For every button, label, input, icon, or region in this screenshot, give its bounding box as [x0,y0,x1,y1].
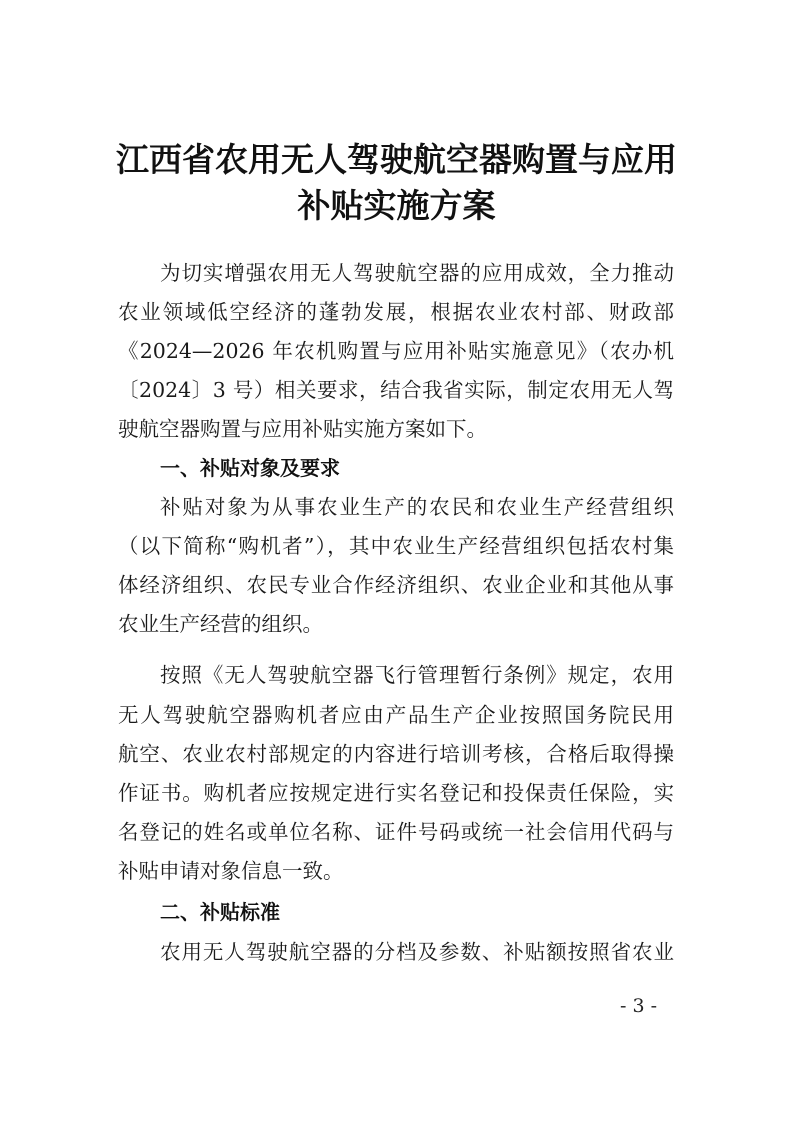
intro-paragraph-line: 驶航空器购置与应用补贴实施方案如下。 [118,414,674,444]
page-number: - 3 - [620,995,657,1017]
section-heading-subsidy-standard: 二、补贴标准 [160,897,280,927]
document-title-line-1: 江西省农用无人驾驶航空器购置与应用 [0,134,793,181]
section1-paragraph-line: 补贴对象为从事农业生产的农民和农业生产经营组织 [160,492,674,522]
section1-paragraph2-line: 按照《无人驾驶航空器飞行管理暂行条例》规定，农用 [160,660,674,690]
document-page: 江西省农用无人驾驶航空器购置与应用 补贴实施方案 为切实增强农用无人驾驶航空器的… [0,0,793,1122]
document-title-line-2: 补贴实施方案 [0,180,793,227]
section1-paragraph2-line: 名登记的姓名或单位名称、证件号码或统一社会信用代码与 [118,817,674,847]
section1-paragraph2-line: 作证书。购机者应按规定进行实名登记和投保责任保险，实 [118,778,674,808]
section1-paragraph2-line: 航空、农业农村部规定的内容进行培训考核，合格后取得操 [118,739,674,769]
section-heading-subsidy-target: 一、补贴对象及要求 [160,453,340,483]
section1-paragraph-line: 农业生产经营的组织。 [118,609,674,639]
section1-paragraph-line: 体经济组织、农民专业合作经济组织、农业企业和其他从事 [118,570,674,600]
intro-paragraph-line: 农业领域低空经济的蓬勃发展，根据农业农村部、财政部 [118,297,674,327]
intro-paragraph-line: 《2024—2026 年农机购置与应用补贴实施意见》（农办机 [118,336,674,366]
intro-paragraph-line: 〔2024〕3 号）相关要求，结合我省实际，制定农用无人驾 [118,375,674,405]
section2-paragraph-line: 农用无人驾驶航空器的分档及参数、补贴额按照省农业 [160,937,674,967]
section1-paragraph-line: （以下简称“购机者”），其中农业生产经营组织包括农村集 [118,531,674,561]
section1-paragraph2-line: 补贴申请对象信息一致。 [118,856,674,886]
intro-paragraph-line: 为切实增强农用无人驾驶航空器的应用成效，全力推动 [160,258,674,288]
section1-paragraph2-line: 无人驾驶航空器购机者应由产品生产企业按照国务院民用 [118,700,674,730]
